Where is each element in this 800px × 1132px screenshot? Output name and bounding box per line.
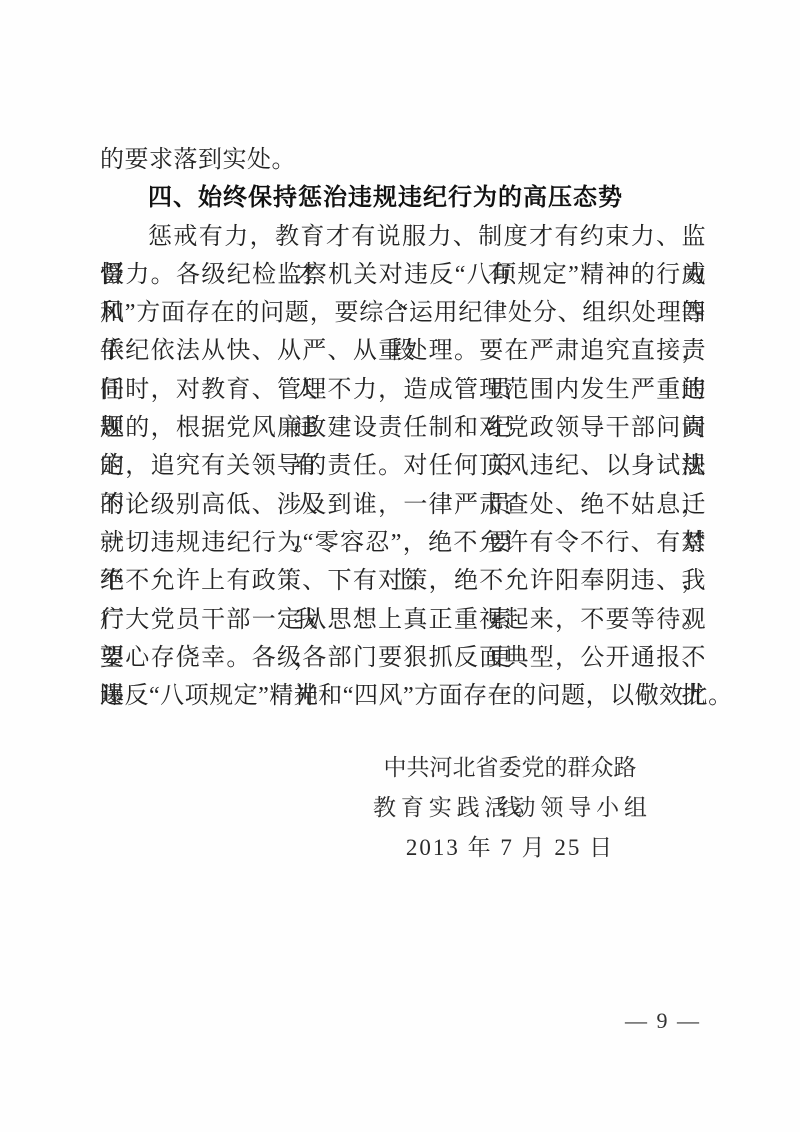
body-line: 依纪依法从快、从严、从重处理。要在严肃追究直接责任人员的 xyxy=(100,332,706,370)
document-page: 的要求落到实处。 四、始终保持惩治违规违纪行为的高压态势 惩戒有力，教育才有说服… xyxy=(0,0,800,1132)
document-body: 的要求落到实处。 四、始终保持惩治违规违纪行为的高压态势 惩戒有力，教育才有说服… xyxy=(100,141,706,715)
signature-date: 2013 年 7 月 25 日 xyxy=(373,828,647,868)
body-line: 广大党员干部一定从思想上真正重视起来，不要等待观望，更不 xyxy=(100,601,706,639)
body-line: 不论级别高低、涉及到谁，一律严肃查处、绝不姑息迁就。要对 xyxy=(100,486,706,524)
body-line: 要心存侥幸。各级各部门要狠抓反面典型，公开通报、曝光一批 xyxy=(100,639,706,677)
body-line: 绝不允许上有政策、下有对策，绝不允许阳奉阴违、我行我素。 xyxy=(100,562,706,600)
intro-line: 的要求落到实处。 xyxy=(100,141,706,179)
section-heading: 四、始终保持惩治违规违纪行为的高压态势 xyxy=(100,179,706,217)
body-line: 违反“八项规定”精神和“四风”方面存在的问题，以儆效尤。 xyxy=(100,677,706,715)
body-line: 题的，根据党风廉政建设责任制和对党政领导干部问责的有关规 xyxy=(100,409,706,447)
body-line: 慑力。各级纪检监察机关对违反“八项规定”精神的行为和“四 xyxy=(100,256,706,294)
body-line: 惩戒有力，教育才有说服力、制度才有约束力、监督才有威 xyxy=(100,218,706,256)
body-line: 风”方面存在的问题，要综合运用纪律处分、组织处理等手段， xyxy=(100,294,706,332)
body-line: 一切违规违纪行为“零容忍”，绝不允许有令不行、有禁不止， xyxy=(100,524,706,562)
signature-block: 中共河北省委党的群众路线 教育实践活动领导小组 2013 年 7 月 25 日 xyxy=(373,748,647,868)
body-line: 定，追究有关领导的责任。对任何顶风违纪、以身试法的人员， xyxy=(100,447,706,485)
body-line: 同时，对教育、管理不力，造成管理范围内发生严重违规违纪问 xyxy=(100,371,706,409)
page-number: — 9 — xyxy=(608,1006,718,1036)
signature-org-line2: 教育实践活动领导小组 xyxy=(373,788,647,828)
signature-org-line1: 中共河北省委党的群众路线 xyxy=(373,748,647,788)
